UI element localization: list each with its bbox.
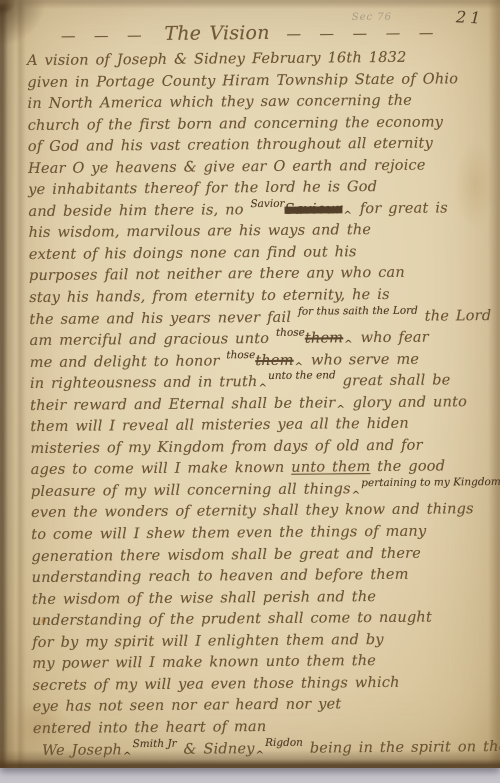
text-segment: given in Portage County Hiram Township S… <box>27 71 458 91</box>
inline-insertion: those <box>276 327 305 339</box>
caret-mark: ^ <box>336 404 345 415</box>
manuscript-title-line: — — — The Vision — — — — — <box>27 18 493 48</box>
manuscript-line: am merciful and gracious unto thosethem^… <box>29 327 495 353</box>
inline-insertion: pertaining to my Kingdom <box>361 476 500 489</box>
text-segment: glory and unto <box>346 394 467 411</box>
inline-insertion: those <box>226 349 255 361</box>
text-segment: church of the first born and concerning … <box>28 114 444 134</box>
text-segment: for great is <box>353 200 448 217</box>
text-segment: the good <box>370 459 445 476</box>
text-segment: for by my spirit will I enlighten them a… <box>32 632 384 651</box>
text-segment: pleasure of my will concerning all thing… <box>31 481 351 500</box>
text-segment: A vision of Joseph & Sidney February 16t… <box>27 50 407 69</box>
text-segment: his wisdom, marvilous are his ways and t… <box>29 222 372 241</box>
manuscript-line: We Joseph^Smith Jr & Sidney^Rigdon being… <box>33 736 499 762</box>
text-segment: them will I reveal all misteries yea all… <box>30 416 409 435</box>
text-segment: understanding reach to heaven and before… <box>32 567 409 586</box>
text-segment: extent of his doings none can find out h… <box>29 244 357 263</box>
text-segment: entered into the heart of man <box>33 719 267 737</box>
text-segment: We Joseph <box>42 742 122 759</box>
manuscript-line: their reward and Eternal shall be their^… <box>30 392 496 418</box>
text-segment: in righteousness and in truth <box>30 374 258 392</box>
text-segment: my power will I make known unto them the <box>32 653 376 672</box>
text-segment: great shall be <box>336 373 451 390</box>
text-segment: purposes fail not neither are there any … <box>29 265 405 284</box>
manuscript-lines: A vision of Joseph & Sidney February 16t… <box>27 47 499 762</box>
text-segment: the Lord <box>418 308 491 325</box>
text-segment: and beside him there is, no <box>28 202 250 220</box>
text-segment: ages to come will I make known <box>31 460 292 478</box>
manuscript-photo: Sec 76 21 — — — The Vision — — — — — A v… <box>0 0 500 783</box>
text-segment: am merciful and gracious unto <box>29 331 276 349</box>
text-segment: ye inhabitants thereof for the lord he i… <box>28 179 377 198</box>
text-segment: who serve me <box>304 351 419 368</box>
text-segment: misteries of my Kingdom from days of old… <box>30 437 422 456</box>
manuscript-line: Hear O ye heavens & give ear O earth and… <box>28 155 494 181</box>
text-segment: in North America which they saw concerni… <box>27 93 412 112</box>
inline-insertion: Smith Jr <box>133 737 177 749</box>
caret-mark: ^ <box>344 339 353 350</box>
inline-insertion: unto the end <box>268 370 336 383</box>
text-segment: the same and his years never fail <box>29 309 298 327</box>
text-segment: of God and his vast creation throughout … <box>28 136 433 156</box>
text-segment: being in the spirit on the <box>303 738 500 756</box>
text-segment: the wisdom of the wise shall perish and … <box>32 589 376 608</box>
manuscript-line: given in Portage County Hiram Township S… <box>27 69 493 95</box>
manuscript-line: and beside him there is, no SaviorSaviou… <box>28 198 494 224</box>
text-segment: secrets of my will yea even those things… <box>33 675 400 694</box>
text-segment: Hear O ye heavens & give ear O earth and… <box>28 157 426 176</box>
struck-text: them <box>255 352 293 368</box>
struck-text: them <box>305 330 343 346</box>
page-title: The Vision <box>154 22 279 45</box>
blotted-text: Saviour <box>285 201 343 218</box>
title-dashes-left: — — — <box>61 28 148 45</box>
text-segment: me and delight to honor <box>30 353 227 371</box>
manuscript-line: understanding of the prudent shall come … <box>32 607 498 633</box>
caret-mark: ^ <box>256 750 265 761</box>
text-segment: stay his hands, from eternity to eternit… <box>29 287 390 306</box>
text-segment: who fear <box>354 330 429 347</box>
text-segment: generation there wisdom shall be great a… <box>31 545 421 564</box>
inline-insertion: Savior <box>250 198 284 210</box>
underlined-text: unto them <box>291 459 370 476</box>
text-segment: & Sidney <box>177 741 255 758</box>
handwritten-text-block: — — — The Vision — — — — — A vision of J… <box>27 18 499 762</box>
inline-insertion: for thus saith the Lord <box>298 304 418 317</box>
caret-mark: ^ <box>259 383 268 394</box>
text-segment: their reward and Eternal shall be their <box>30 395 335 414</box>
text-segment: to come will I shew them even the things… <box>31 524 426 543</box>
text-segment: eye has not seen nor ear heard nor yet <box>33 697 342 716</box>
caret-mark: ^ <box>352 490 361 501</box>
title-dashes-right: — — — — — <box>286 25 439 42</box>
inline-insertion: Rigdon <box>265 736 303 748</box>
text-segment: even the wonders of eternity shall they … <box>31 502 474 522</box>
text-segment: understanding of the prudent shall come … <box>32 610 432 629</box>
manuscript-line: even the wonders of eternity shall they … <box>31 499 497 525</box>
caret-mark: ^ <box>343 210 352 221</box>
manuscript-page: Sec 76 21 — — — The Vision — — — — — A v… <box>0 0 500 768</box>
caret-mark: ^ <box>123 751 132 762</box>
